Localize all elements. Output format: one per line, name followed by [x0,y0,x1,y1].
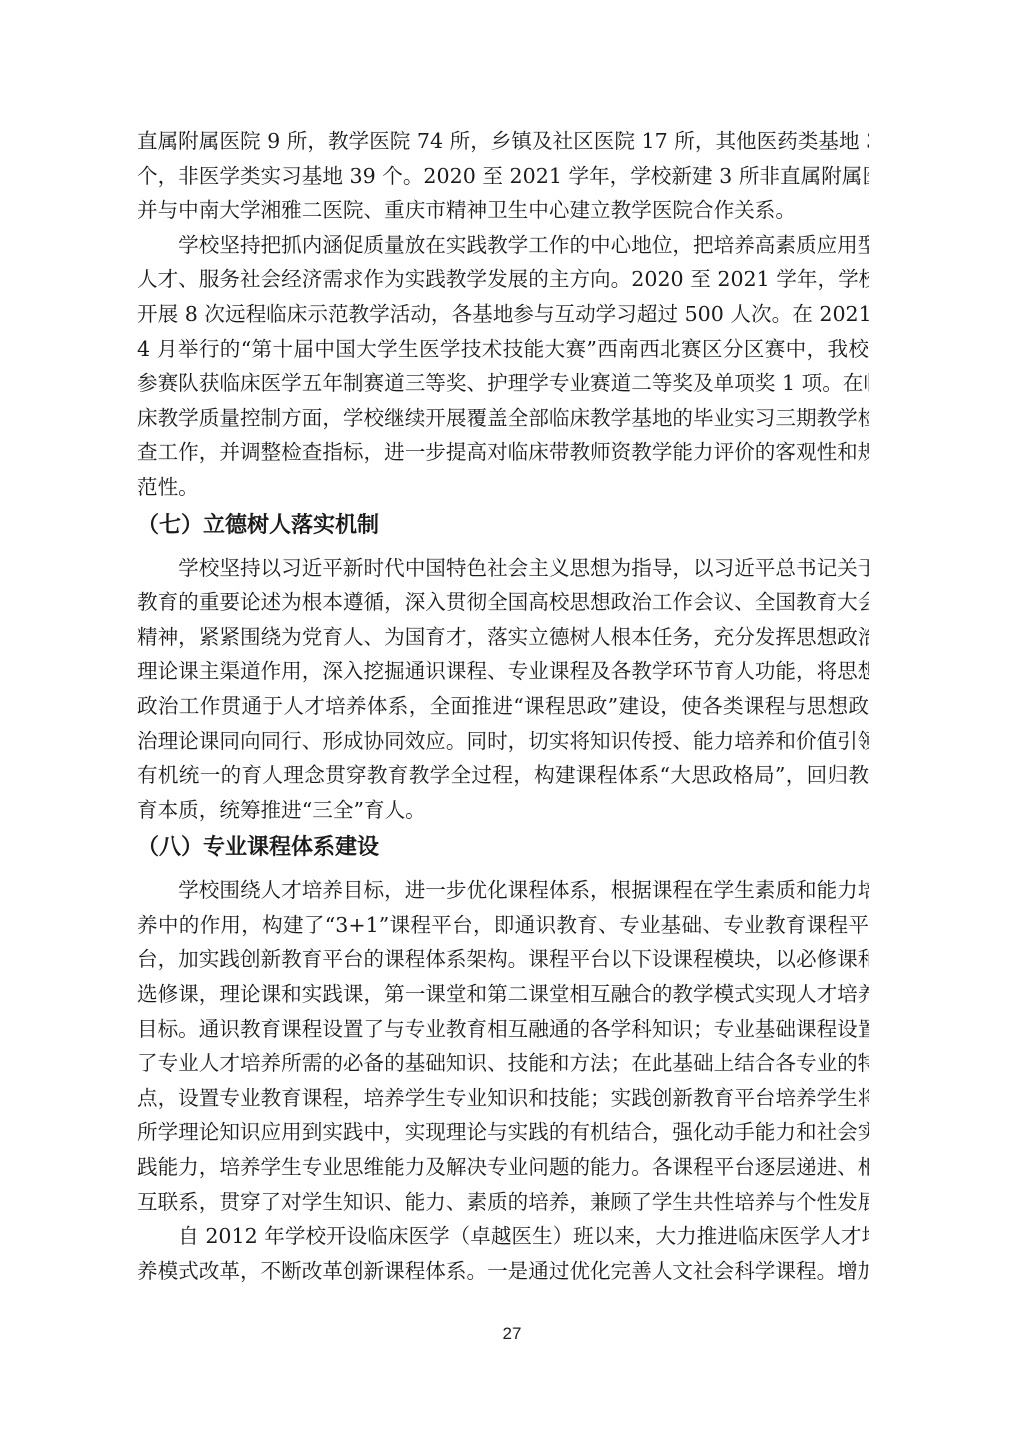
text-line: 教育的重要论述为根本遵循，深入贯彻全国高校思想政治工作会议、全国教育大会 [137,585,869,620]
text-line: 养模式改革，不断改革创新课程体系。一是通过优化完善人文社会科学课程。增加 [137,1254,869,1289]
text-line: 学校坚持以习近平新时代中国特色社会主义思想为指导，以习近平总书记关于 [137,551,869,586]
text-line: 治理论课同向同行、形成协同效应。同时，切实将知识传授、能力培养和价值引领 [137,724,869,759]
section-heading-8: （八）专业课程体系建设 [137,829,869,867]
paragraph-affiliated-hospitals: 直属附属医院 9 所，教学医院 74 所，乡镇及社区医院 17 所，其他医药类基… [137,124,869,228]
text-line: 范性。 [137,470,869,505]
text-line: 4 月举行的“第十届中国大学生医学技术技能大赛”西南西北赛区分区赛中，我校 [137,332,869,367]
text-line: 践能力，培养学生专业思维能力及解决专业问题的能力。各课程平台逐层递进、相 [137,1150,869,1185]
text-line: 互联系，贯穿了对学生知识、能力、素质的培养，兼顾了学生共性培养与个性发展。 [137,1185,869,1220]
text-line: 直属附属医院 9 所，教学医院 74 所，乡镇及社区医院 17 所，其他医药类基… [137,124,869,159]
paragraph-curriculum-system: 学校围绕人才培养目标，进一步优化课程体系，根据课程在学生素质和能力培 养中的作用… [137,873,869,1219]
page-number: 27 [0,1324,1024,1344]
paragraph-excellent-doctor-class: 自 2012 年学校开设临床医学（卓越医生）班以来，大力推进临床医学人才培 养模… [137,1219,869,1288]
text-line: 床教学质量控制方面，学校继续开展覆盖全部临床教学基地的毕业实习三期教学检 [137,401,869,436]
text-line: 个，非医学类实习基地 39 个。2020 至 2021 学年，学校新建 3 所非… [137,159,869,194]
text-line: 所学理论知识应用到实践中，实现理论与实践的有机结合，强化动手能力和社会实 [137,1115,869,1150]
text-line: 了专业人才培养所需的必备的基础知识、技能和方法；在此基础上结合各专业的特 [137,1046,869,1081]
text-line: 育本质，统筹推进“三全”育人。 [137,793,869,828]
text-line: 开展 8 次远程临床示范教学活动，各基地参与互动学习超过 500 人次。在 20… [137,297,869,332]
text-line: 参赛队获临床医学五年制赛道三等奖、护理学专业赛道二等奖及单项奖 1 项。在临 [137,366,869,401]
text-line: 人才、服务社会经济需求作为实践教学发展的主方向。2020 至 2021 学年，学… [137,262,869,297]
text-line: 养中的作用，构建了“3+1”课程平台，即通识教育、专业基础、专业教育课程平 [137,908,869,943]
text-line: 目标。通识教育课程设置了与专业教育相互融通的各学科知识；专业基础课程设置 [137,1012,869,1047]
paragraph-practice-teaching: 学校坚持把抓内涵促质量放在实践教学工作的中心地位，把培养高素质应用型 人才、服务… [137,228,869,505]
document-page: 直属附属医院 9 所，教学医院 74 所，乡镇及社区医院 17 所，其他医药类基… [137,124,869,1288]
text-line: 学校围绕人才培养目标，进一步优化课程体系，根据课程在学生素质和能力培 [137,873,869,908]
text-line: 有机统一的育人理念贯穿教育教学全过程，构建课程体系“大思政格局”，回归教 [137,758,869,793]
text-line: 点，设置专业教育课程，培养学生专业知识和技能；实践创新教育平台培养学生将 [137,1081,869,1116]
text-line: 理论课主渠道作用，深入挖掘通识课程、专业课程及各教学环节育人功能，将思想 [137,654,869,689]
text-line: 学校坚持把抓内涵促质量放在实践教学工作的中心地位，把培养高素质应用型 [137,228,869,263]
section-heading-7: （七）立德树人落实机制 [137,507,869,545]
text-line: 精神，紧紧围绕为党育人、为国育才，落实立德树人根本任务，充分发挥思想政治 [137,620,869,655]
text-line: 并与中南大学湘雅二医院、重庆市精神卫生中心建立教学医院合作关系。 [137,193,869,228]
text-line: 自 2012 年学校开设临床医学（卓越医生）班以来，大力推进临床医学人才培 [137,1219,869,1254]
text-line: 政治工作贯通于人才培养体系，全面推进“课程思政”建设，使各类课程与思想政 [137,689,869,724]
text-line: 查工作，并调整检查指标，进一步提高对临床带教师资教学能力评价的客观性和规 [137,435,869,470]
paragraph-moral-education: 学校坚持以习近平新时代中国特色社会主义思想为指导，以习近平总书记关于 教育的重要… [137,551,869,828]
text-line: 台，加实践创新教育平台的课程体系架构。课程平台以下设课程模块，以必修课和 [137,942,869,977]
text-line: 选修课，理论课和实践课，第一课堂和第二课堂相互融合的教学模式实现人才培养 [137,977,869,1012]
